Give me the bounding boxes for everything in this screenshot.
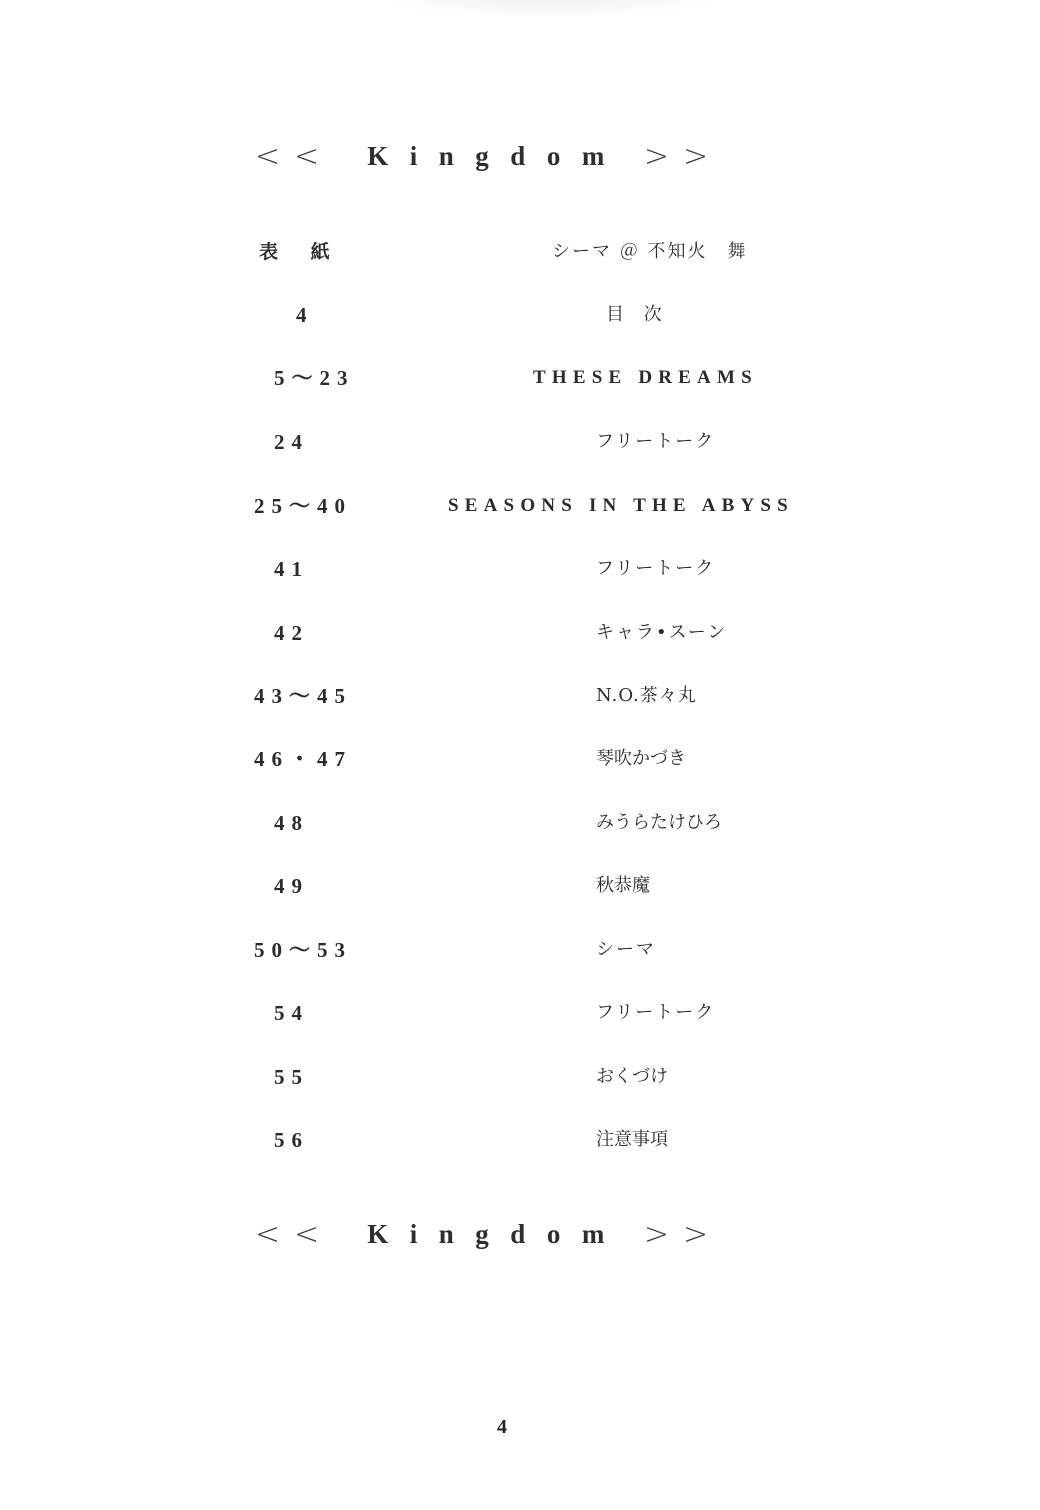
toc-entry: キャラ•スーン — [596, 618, 727, 648]
toc-entry: SEASONS IN THE ABYSS — [448, 491, 794, 521]
toc-row: 50～53 シーマ — [0, 935, 1040, 965]
toc-page: 42 — [274, 618, 309, 648]
toc-page: 49 — [274, 871, 309, 901]
toc-page: 55 — [274, 1062, 309, 1092]
toc-row: 4 目 次 — [0, 300, 1040, 330]
toc-row: 46・47 琴吹かづき — [0, 744, 1040, 774]
toc-entry: THESE DREAMS — [533, 363, 758, 393]
toc-entry: 秋恭魔 — [596, 871, 650, 901]
toc-page: 25～40 — [254, 491, 352, 521]
toc-row: 54 フリートーク — [0, 998, 1040, 1028]
toc-page: 54 — [274, 998, 309, 1028]
toc-entry: みうらたけひろ — [596, 808, 722, 838]
toc-page: 50～53 — [254, 935, 352, 965]
toc-row: 55 おくづけ — [0, 1062, 1040, 1092]
toc-row: 24 フリートーク — [0, 427, 1040, 457]
toc-entry: フリートーク — [596, 554, 715, 584]
toc-row: 25～40 SEASONS IN THE ABYSS — [0, 491, 1040, 521]
right-brackets: >> — [644, 139, 722, 174]
toc-entry: フリートーク — [596, 427, 715, 457]
toc-entry: シーマ — [596, 935, 656, 965]
toc-entry: シーマ ＠ 不知火 舞 — [552, 237, 747, 267]
title-word: Kingdom — [367, 141, 626, 172]
toc-page: 表 紙 — [259, 237, 330, 267]
toc-entry: フリートーク — [596, 998, 715, 1028]
toc-page: 48 — [274, 808, 309, 838]
toc-page: 56 — [274, 1125, 309, 1155]
left-brackets: << — [255, 1217, 333, 1252]
toc-row: 42 キャラ•スーン — [0, 618, 1040, 648]
toc-page: 4 — [296, 300, 314, 330]
toc-page: 46・47 — [254, 744, 352, 774]
toc-page: 5～23 — [274, 363, 355, 393]
page-number: 4 — [497, 1416, 507, 1439]
title-word: Kingdom — [367, 1219, 626, 1250]
header-title: << Kingdom >> — [255, 136, 775, 176]
toc-row: 43～45 N.O.茶々丸 — [0, 681, 1040, 711]
toc-row: 5～23 THESE DREAMS — [0, 363, 1040, 393]
left-brackets: << — [255, 139, 333, 174]
toc-entry: N.O.茶々丸 — [596, 681, 697, 711]
toc-entry: 注意事項 — [596, 1125, 668, 1155]
toc-row: 49 秋恭魔 — [0, 871, 1040, 901]
toc-entry: 目 次 — [606, 300, 662, 330]
toc-row: 41 フリートーク — [0, 554, 1040, 584]
toc-page: 41 — [274, 554, 309, 584]
toc-entry: おくづけ — [596, 1062, 668, 1092]
toc-row: 48 みうらたけひろ — [0, 808, 1040, 838]
toc-page: 43～45 — [254, 681, 352, 711]
scan-shadow — [380, 0, 720, 18]
toc-page: 24 — [274, 427, 309, 457]
right-brackets: >> — [644, 1217, 722, 1252]
toc-row: 56 注意事項 — [0, 1125, 1040, 1155]
toc-entry: 琴吹かづき — [596, 744, 686, 774]
footer-title: << Kingdom >> — [255, 1214, 775, 1254]
toc-row-cover: 表 紙 シーマ ＠ 不知火 舞 — [0, 237, 1040, 267]
